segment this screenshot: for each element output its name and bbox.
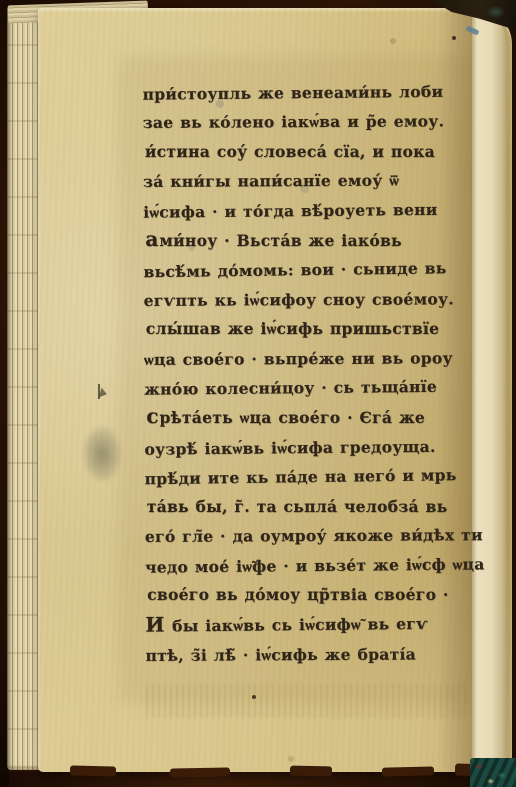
ink-dot	[452, 36, 456, 40]
manuscript-line: ами́ноу · Вьста́в же іако́вь	[145, 225, 489, 255]
text-block: при́стоупль же венеами́нь лоби зае вь ко…	[142, 77, 489, 670]
ink-smudge-stain	[76, 416, 128, 492]
manuscript-line: прѣ́ди ите кь па́де на него́ и мрь	[144, 460, 488, 494]
manuscript-line: чедо мое́ іѡ̃фе · и вьзе́т же іѡ́сф ѡца	[145, 549, 489, 582]
manuscript-line: вьсѣ́мь до́момь: вои · сьниде вь	[143, 253, 487, 287]
deckle-edge-notch	[70, 765, 116, 776]
manuscript-line: слы́шав же іѡ́сифь пришьствїе	[146, 314, 490, 343]
manuscript-line: за́ кни́гы напи́санїе емоу́ ѿ	[143, 165, 487, 196]
manuscript-line: іѡ́сифа · и то́гда вѣ́роуеть вени	[143, 194, 487, 227]
manuscript-line: его́ гл̃е · да оумроу́ якоже ви́дѣх ти	[145, 520, 489, 551]
book-photo: при́стоупль же венеами́нь лоби зае вь ко…	[0, 0, 516, 787]
deckle-edge-notch	[290, 766, 332, 777]
manuscript-line: зае вь ко́лено іакѡ́ва и р̃е емоу.	[143, 107, 487, 138]
manuscript-line: и́стина соу́ словеса́ сїа, и пока	[145, 137, 489, 166]
paper-spot	[288, 756, 294, 762]
manuscript-line: срѣта́еть ѡца свое́го · Єга́ же	[146, 402, 490, 432]
manuscript-line: И бы іакѡ́вь сь іѡ́сифѡ̃ вь егѵ	[145, 608, 489, 642]
deckle-edge-notch	[382, 766, 434, 776]
marbled-endpaper-corner	[470, 758, 516, 787]
manuscript-line: та́вь бы, г̃. та сьпла́ челобза́ вь	[147, 492, 491, 521]
manuscript-line: при́стоупль же венеами́нь лоби	[142, 76, 486, 109]
manuscript-line: егѵпть кь іѡ́сифоу сноу свое́моу.	[144, 284, 488, 315]
manuscript-line: жно́ю колесни́цоу · сь тьща́нїе	[144, 371, 488, 404]
manuscript-line: ѡца свое́го · вьпре́же ни вь ороу	[144, 343, 488, 374]
manuscript-page: при́стоупль же венеами́нь лоби зае вь ко…	[38, 8, 512, 772]
manuscript-line: свое́го вь до́моу цр̃твіа свое́го ·	[147, 580, 491, 609]
manuscript-line: оузрѣ́ іакѡ́вь іѡ́сифа гредоуща.	[144, 431, 488, 464]
paper-spot	[390, 38, 396, 44]
deckle-edge-notch	[170, 767, 230, 777]
manuscript-line: птѣ, з̃і лѣ̃ · іѡ́сифь же браті́а	[145, 639, 489, 670]
margin-doodle-mark	[98, 384, 111, 399]
show-through-streaks	[146, 684, 470, 718]
